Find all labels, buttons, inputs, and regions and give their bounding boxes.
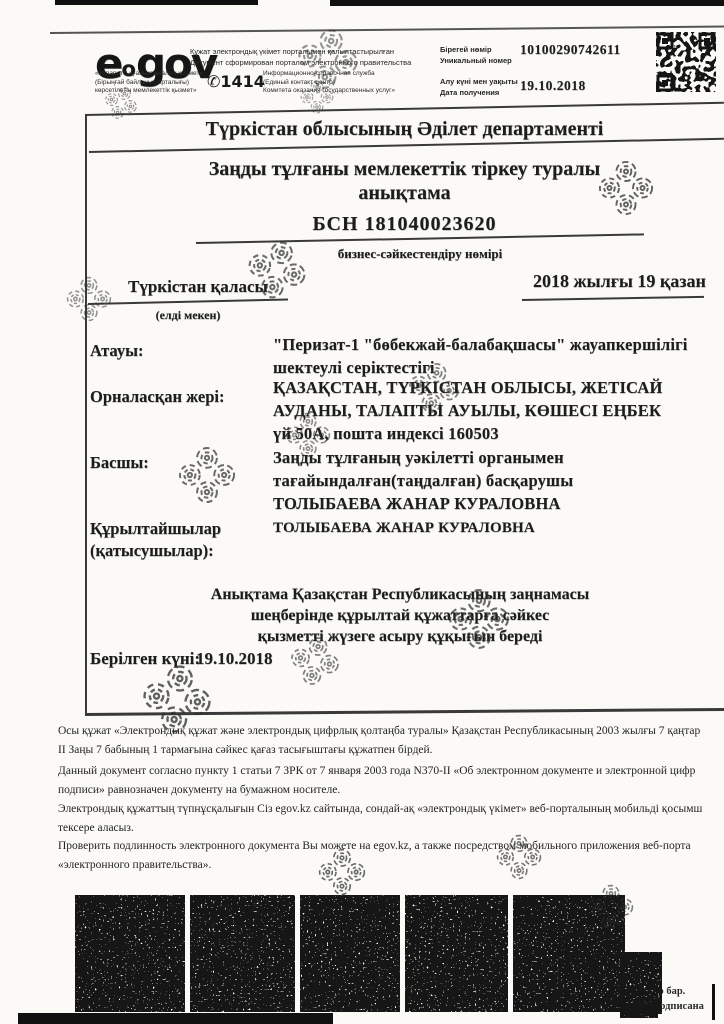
redaction-noise-block: [75, 895, 625, 1012]
field-value-location: ҚАЗАҚСТАН, ТҮРКІСТАН ОБЛЫСЫ, ЖЕТІСАЙ АУД…: [273, 376, 663, 445]
scanned-certificate-page: eogov Құжат электрондық үкімет порталыме…: [0, 0, 724, 1024]
stamp-swirl-icon: [404, 358, 464, 418]
stamp-swirl-icon: [318, 848, 366, 896]
footer-paragraph-ru-1: Данный документ согласно пункту 1 статьи…: [58, 762, 695, 800]
unique-number-value: 10100290742611: [520, 42, 621, 58]
unique-number-label: Бірегей нөмір Уникальный номер: [440, 44, 512, 66]
footer-paragraph-ru-2: Проверить подлинность электронного докум…: [58, 837, 691, 875]
scan-artifact-line: [712, 984, 715, 1020]
issued-date-value: 19.10.2018: [196, 648, 273, 670]
field-label-head: Басшы:: [90, 452, 149, 474]
frame-top-border: [85, 102, 724, 116]
footer-paragraph-kz-2: Электрондық құжаттың түпнұсқалығын Сіз e…: [58, 800, 702, 838]
field-label-founders: Құрылтайшылар (қатысушылар):: [90, 518, 221, 562]
stamp-swirl-icon: [300, 80, 334, 114]
noise-gap: [295, 895, 300, 1012]
stamp-swirl-icon: [178, 446, 236, 504]
phone-number: ✆1414: [207, 72, 265, 91]
scan-artifact-bar: [18, 1013, 333, 1024]
stamp-swirl-icon: [496, 834, 542, 880]
stamp-swirl-icon: [285, 412, 331, 458]
registration-date: 2018 жылғы 19 қазан: [533, 271, 706, 292]
qr-code: [656, 32, 716, 92]
settlement-underline: [88, 298, 288, 304]
department-title: Түркістан облысының Әділет департаменті: [85, 118, 724, 141]
statement-text: Анықтама Қазақстан Республикасының заңна…: [120, 584, 680, 647]
receive-date-label: Алу күні мен уақыты Дата получения: [440, 76, 518, 98]
scan-artifact-bar: [330, 0, 724, 6]
noise-gap: [185, 895, 190, 1012]
receive-date-value: 19.10.2018: [520, 78, 586, 94]
phone-icon: ✆: [207, 72, 220, 91]
phone-number-value: 1414: [220, 72, 265, 91]
header-top-rule: [50, 26, 724, 34]
redaction-noise-patch: [620, 1004, 658, 1023]
scan-artifact-bar: [55, 0, 258, 5]
field-value-founders: ТОЛЫБАЕВА ЖАНАР КУРАЛОВНА: [273, 517, 535, 540]
stamp-swirl-icon: [448, 588, 510, 650]
stamp-swirl-icon: [66, 276, 112, 322]
stamp-swirl-icon: [285, 631, 344, 690]
field-label-name: Атауы:: [90, 340, 143, 362]
stamp-swirl-icon: [588, 884, 634, 930]
registration-date-underline: [522, 296, 704, 301]
field-label-location: Орналасқан жері:: [90, 386, 224, 408]
settlement-caption: (елді мекен): [88, 308, 288, 323]
stamp-swirl-icon: [137, 659, 216, 738]
bsn-number: БСН 181040023620: [85, 213, 724, 236]
noise-gap: [400, 895, 405, 1012]
stamp-swirl-icon: [598, 160, 654, 216]
noise-gap: [508, 895, 513, 1012]
field-value-name: "Перизат-1 "бөбекжай-балабақшасы" жауапк…: [273, 333, 688, 379]
